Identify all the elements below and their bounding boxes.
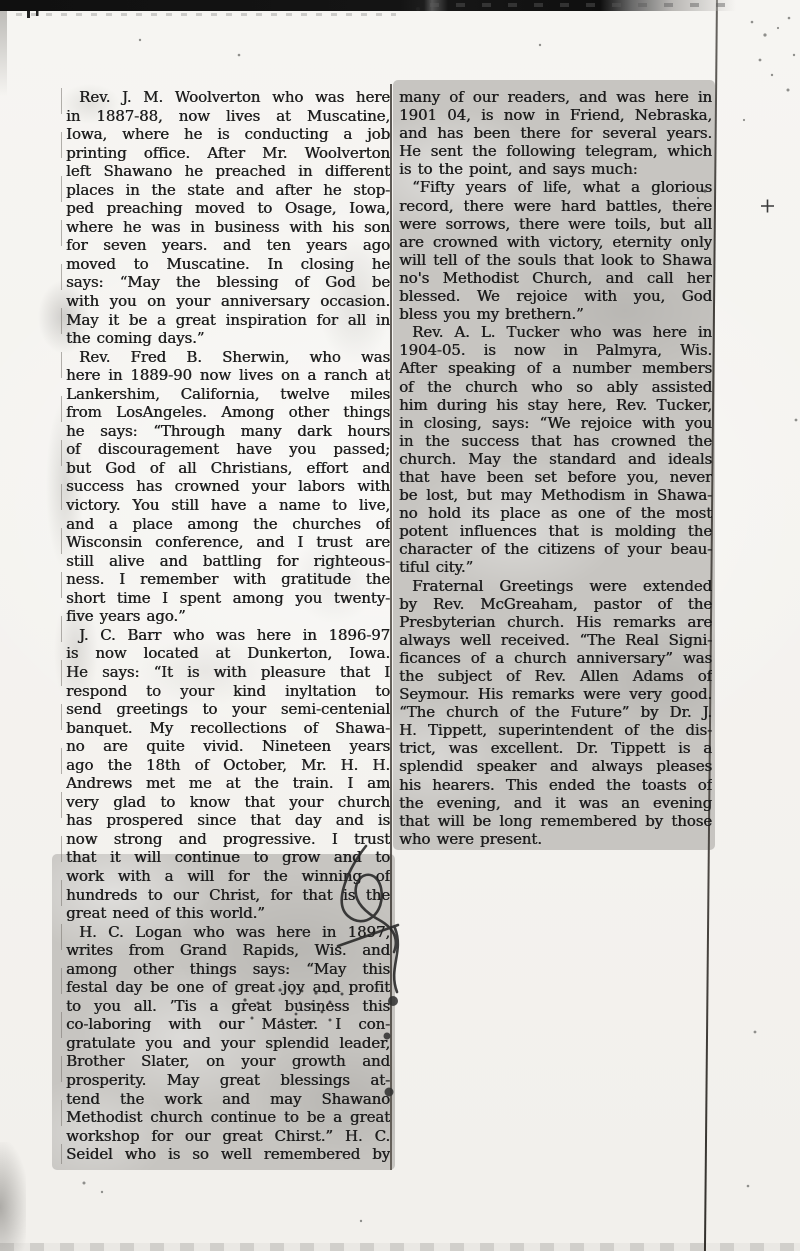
text-line: places in the state and after he stop- xyxy=(66,181,390,200)
scan-left-edge-shadow xyxy=(0,0,7,96)
text-line: Rev. Fred B. Sherwin, who was xyxy=(66,348,390,367)
text-line: still alive and battling for righteous- xyxy=(66,552,390,571)
text-line: where he was in business with his son xyxy=(66,218,390,237)
text-line: Methodist church continue to be a great xyxy=(66,1108,390,1127)
text-line: victory. You still have a name to live, xyxy=(66,496,390,515)
paragraph: Rev. Fred B. Sherwin, who washere in 188… xyxy=(66,348,390,626)
text-line: that have been set before you, never xyxy=(399,468,712,486)
text-line: tiful city.” xyxy=(399,558,712,576)
text-line: co-laboring with our Master. I con- xyxy=(66,1015,390,1034)
text-line: bless you my brethern.” xyxy=(399,305,712,323)
text-line: hundreds to our Christ, for that is the xyxy=(66,886,390,905)
text-line: of the church who so ably assisted xyxy=(399,378,712,396)
text-line: Seymour. His remarks were very good. xyxy=(399,685,712,703)
text-line: he says: “Through many dark hours xyxy=(66,422,390,441)
text-line: to you all. ’Tis a great business this xyxy=(66,997,390,1016)
text-line: gratulate you and your splendid leader, xyxy=(66,1034,390,1053)
text-line: Brother Slater, on your growth and xyxy=(66,1052,390,1071)
text-line: He sent the following telegram, which xyxy=(399,142,712,160)
text-line: writes from Grand Rapids, Wis. and xyxy=(66,941,390,960)
text-line: Iowa, where he is conducting a job xyxy=(66,125,390,144)
text-line: ped preaching moved to Osage, Iowa, xyxy=(66,199,390,218)
text-line: Rev. A. L. Tucker who was here in xyxy=(399,323,712,341)
paragraph: Fraternal Greetings were extendedby Rev.… xyxy=(399,577,712,848)
text-line: Wisconsin conference, and I trust are xyxy=(66,533,390,552)
text-line: his hearers. This ended the toasts of xyxy=(399,776,712,794)
text-line: very glad to know that your church xyxy=(66,793,390,812)
text-line: in closing, says: “We rejoice with you xyxy=(399,414,712,432)
text-line: no hold its place as one of the most xyxy=(399,504,712,522)
scan-stipple xyxy=(16,13,396,16)
text-line: of discouragement have you passed; xyxy=(66,440,390,459)
text-line: tend the work and may Shawano xyxy=(66,1090,390,1109)
paragraph: H. C. Logan who was here in 1897,writes … xyxy=(66,923,390,1164)
text-line: has prospered since that day and is xyxy=(66,811,390,830)
text-line: in the success that has crowned the xyxy=(399,432,712,450)
text-line: potent influences that is molding the xyxy=(399,522,712,540)
paragraph: many of our readers, and was here in1901… xyxy=(399,88,712,178)
text-line: with you on your anniversary occasion. xyxy=(66,292,390,311)
text-line: J. C. Barr who was here in 1896-97 xyxy=(66,626,390,645)
text-line: festal day be one of great joy and profi… xyxy=(66,978,390,997)
text-line: H. C. Logan who was here in 1897, xyxy=(66,923,390,942)
text-line: the subject of Rev. Allen Adams of xyxy=(399,667,712,685)
text-line: 1901 04, is now in Friend, Nebraska, xyxy=(399,106,712,124)
paragraph: “Fifty years of life, what a gloriousrec… xyxy=(399,178,712,323)
text-line: in 1887-88, now lives at Muscatine, xyxy=(66,107,390,126)
text-line: is to the point, and says much: xyxy=(399,160,712,178)
text-line: but God of all Christians, effort and xyxy=(66,459,390,478)
text-line: are crowned with victory, eternity only xyxy=(399,233,712,251)
text-line: Presbyterian church. His remarks are xyxy=(399,613,712,631)
text-line: by Rev. McGreaham, pastor of the xyxy=(399,595,712,613)
text-line: 1904-05. is now in Palmyra, Wis. xyxy=(399,341,712,359)
text-line: great need of this world.” xyxy=(66,904,390,923)
article-column-left: Rev. J. M. Woolverton who was herein 188… xyxy=(66,88,390,1164)
text-line: him during his stay here, Rev. Tucker, xyxy=(399,396,712,414)
text-line: left Shawano he preached in different xyxy=(66,162,390,181)
text-line: ness. I remember with gratitude the xyxy=(66,570,390,589)
text-line: “Fifty years of life, what a glorious xyxy=(399,178,712,196)
text-line: who were present. xyxy=(399,830,712,848)
text-line: He says: “It is with pleasure that I xyxy=(66,663,390,682)
text-line: Rev. J. M. Woolverton who was here xyxy=(66,88,390,107)
text-line: blessed. We rejoice with you, God xyxy=(399,287,712,305)
text-line: the coming days.” xyxy=(66,329,390,348)
paragraph: Rev. A. L. Tucker who was here in1904-05… xyxy=(399,323,712,576)
column-divider-rule xyxy=(390,84,392,1170)
text-line: says: “May the blessing of God be xyxy=(66,273,390,292)
text-line: success has crowned your labors with xyxy=(66,477,390,496)
text-line: character of the citizens of your beau- xyxy=(399,540,712,558)
text-line: work with a will for the winning of xyxy=(66,867,390,886)
text-line: May it be a great inspiration for all in xyxy=(66,311,390,330)
text-line: many of our readers, and was here in xyxy=(399,88,712,106)
text-line: Andrews met me at the train. I am xyxy=(66,774,390,793)
text-line: and a place among the churches of xyxy=(66,515,390,534)
text-line: will tell of the souls that look to Shaw… xyxy=(399,251,712,269)
scan-top-bar-remnants xyxy=(430,3,730,7)
text-line: splendid speaker and always pleases xyxy=(399,757,712,775)
text-line: be lost, but may Methodism in Shawa- xyxy=(399,486,712,504)
text-line: Fraternal Greetings were extended xyxy=(399,577,712,595)
text-line: banquet. My recollections of Shawa- xyxy=(66,719,390,738)
text-line: Lankershim, California, twelve miles xyxy=(66,385,390,404)
text-line: from LosAngeles. Among other things xyxy=(66,403,390,422)
text-line: no's Methodist Church, and call her xyxy=(399,269,712,287)
text-line: five years ago.” xyxy=(66,607,390,626)
scan-bottom-edge-noise xyxy=(0,1243,800,1251)
text-line: printing office. After Mr. Woolverton xyxy=(66,144,390,163)
text-line: workshop for our great Chirst.” H. C. xyxy=(66,1127,390,1146)
scan-stain xyxy=(0,1142,26,1251)
text-line: no are quite vivid. Nineteen years xyxy=(66,737,390,756)
text-line: that will be long remembered by those xyxy=(399,812,712,830)
text-line: among other things says: “May this xyxy=(66,960,390,979)
text-line: now strong and progressive. I trust xyxy=(66,830,390,849)
text-line: respond to your kind inyltation to xyxy=(66,682,390,701)
text-line: Seidel who is so well remembered by xyxy=(66,1145,390,1164)
text-line: short time I spent among you twenty- xyxy=(66,589,390,608)
text-line: and has been there for several years. xyxy=(399,124,712,142)
paragraph: J. C. Barr who was here in 1896-97is now… xyxy=(66,626,390,923)
text-line: always well received. “The Real Signi- xyxy=(399,631,712,649)
text-line: church. May the standard and ideals xyxy=(399,450,712,468)
text-line: “The church of the Future” by Dr. J. xyxy=(399,703,712,721)
text-line: ago the 18th of October, Mr. H. H. xyxy=(66,756,390,775)
text-line: were sorrows, there were toils, but all xyxy=(399,215,712,233)
text-line: After speaking of a number members xyxy=(399,359,712,377)
text-line: ficances of a church anniversary” was xyxy=(399,649,712,667)
article-column-right: many of our readers, and was here in1901… xyxy=(399,88,712,848)
text-line: for seven years. and ten years ago xyxy=(66,236,390,255)
text-line: send greetings to your semi-centenial xyxy=(66,700,390,719)
text-line: H. Tippett, superintendent of the dis- xyxy=(399,721,712,739)
text-line: moved to Muscatine. In closing he xyxy=(66,255,390,274)
paragraph: Rev. J. M. Woolverton who was herein 188… xyxy=(66,88,390,348)
left-column-edge-rule xyxy=(61,88,62,1164)
text-line: prosperity. May great blessings at- xyxy=(66,1071,390,1090)
text-line: that it will continue to grow and to xyxy=(66,848,390,867)
text-line: trict, was excellent. Dr. Tippett is a xyxy=(399,739,712,757)
text-line: here in 1889-90 now lives on a ranch at xyxy=(66,366,390,385)
text-line: the evening, and it was an evening xyxy=(399,794,712,812)
text-line: record, there were hard battles, there xyxy=(399,197,712,215)
scanned-newspaper-page: Rev. J. M. Woolverton who was herein 188… xyxy=(0,0,800,1251)
text-line: is now located at Dunkerton, Iowa. xyxy=(66,644,390,663)
